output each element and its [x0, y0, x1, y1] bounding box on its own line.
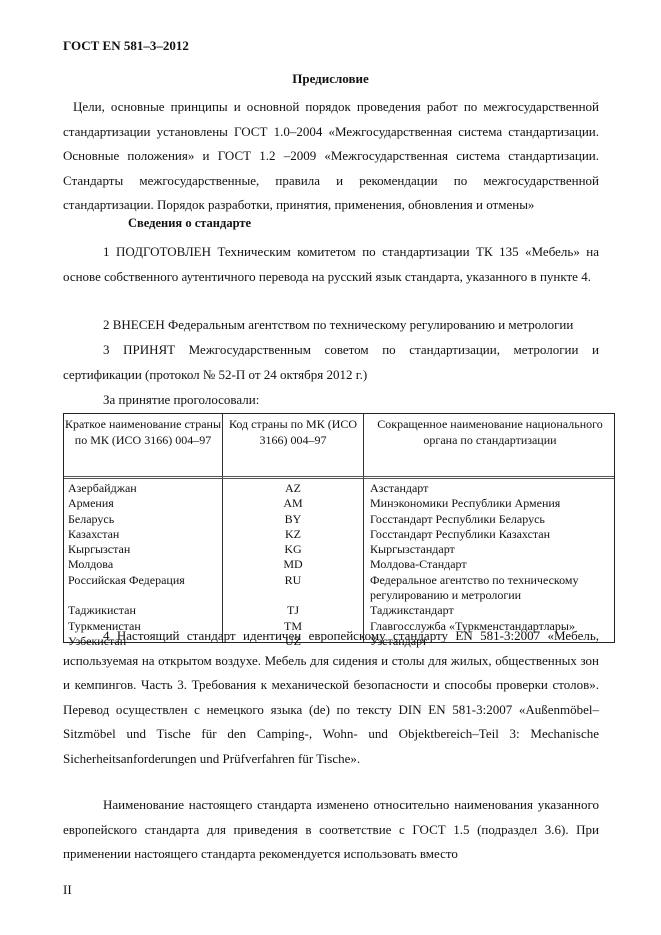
- standards-body-cell: Таджикстандарт: [370, 603, 614, 618]
- table-row: Российская ФедерацияRUФедеральное агентс…: [64, 573, 614, 604]
- voted-label: За принятие проголосовали:: [63, 388, 599, 413]
- table-row: БеларусьBYГосстандарт Республики Беларус…: [64, 512, 614, 527]
- country-cell: Российская Федерация: [68, 573, 218, 588]
- standards-body-cell: Федеральное агентство по техническому ре…: [370, 573, 614, 604]
- code-cell: TJ: [223, 603, 363, 618]
- standards-body-cell: Молдова-Стандарт: [370, 557, 614, 572]
- header-separator: [64, 476, 614, 479]
- country-cell: Беларусь: [68, 512, 218, 527]
- naming-note: Наименование настоящего стандарта измене…: [63, 793, 599, 867]
- voting-countries-table: Краткое наименование страны по МК (ИСО 3…: [63, 413, 615, 643]
- item-4-identical: 4 Настоящий стандарт идентичен европейск…: [63, 624, 599, 771]
- item-3-adopted: 3 ПРИНЯТ Межгосударственным советом по с…: [63, 338, 599, 387]
- table-row: МолдоваMDМолдова-Стандарт: [64, 557, 614, 572]
- code-cell: KG: [223, 542, 363, 557]
- country-cell: Кыргызстан: [68, 542, 218, 557]
- code-cell: KZ: [223, 527, 363, 542]
- standards-body-cell: Кыргызстандарт: [370, 542, 614, 557]
- page-number: II: [63, 882, 72, 898]
- header-country-code: Код страны по МК (ИСО 3166) 004–97: [223, 416, 363, 448]
- item-1-prepared: 1 ПОДГОТОВЛЕН Техническим комитетом по с…: [63, 240, 599, 289]
- document-code: ГОСТ EN 581–3–2012: [63, 38, 189, 54]
- country-cell: Азербайджан: [68, 481, 218, 496]
- standard-info-heading: Сведения о стандарте: [128, 216, 251, 231]
- table-row: КазахстанKZГосстандарт Республики Казахс…: [64, 527, 614, 542]
- country-cell: Молдова: [68, 557, 218, 572]
- country-cell: Таджикистан: [68, 603, 218, 618]
- standards-body-cell: Госстандарт Республики Казахстан: [370, 527, 614, 542]
- code-cell: BY: [223, 512, 363, 527]
- table-row: ТаджикистанTJТаджикстандарт: [64, 603, 614, 618]
- preface-title: Предисловие: [0, 71, 661, 87]
- standards-body-cell: Азстандарт: [370, 481, 614, 496]
- standards-body-cell: Минэкономики Республики Армения: [370, 496, 614, 511]
- standards-body-cell: Госстандарт Республики Беларусь: [370, 512, 614, 527]
- code-cell: AZ: [223, 481, 363, 496]
- table-row: АрменияAMМинэкономики Республики Армения: [64, 496, 614, 511]
- code-cell: RU: [223, 573, 363, 588]
- item-2-introduced: 2 ВНЕСЕН Федеральным агентством по техни…: [63, 313, 599, 338]
- header-country-name: Краткое наименование страны по МК (ИСО 3…: [64, 416, 222, 448]
- table-row: КыргызстанKGКыргызстандарт: [64, 542, 614, 557]
- header-standards-body: Сокращенное наименование национального о…: [364, 416, 616, 448]
- table-row: АзербайджанAZАзстандарт: [64, 481, 614, 496]
- country-cell: Армения: [68, 496, 218, 511]
- country-cell: Казахстан: [68, 527, 218, 542]
- preface-intro: Цели, основные принципы и основной поряд…: [63, 95, 599, 218]
- code-cell: AM: [223, 496, 363, 511]
- code-cell: MD: [223, 557, 363, 572]
